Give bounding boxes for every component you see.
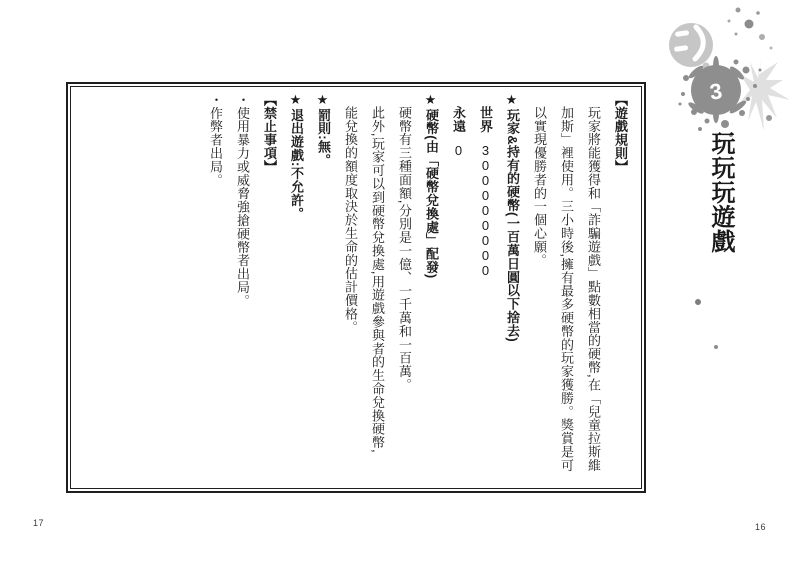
rules-box: 【遊戲規則】 玩家將能獲得和「詐騙遊戲」點數相當的硬幣,在「兒童拉斯維 加斯」裡… bbox=[66, 82, 646, 493]
prohibited-item: ・使用暴力或威脅強搶硬幣者出局。 bbox=[229, 93, 256, 487]
coins-held-item: ★玩家&持有的硬幣(一百萬日圓以下捨去) bbox=[499, 93, 526, 487]
penalty-item: ★罰則:無。 bbox=[310, 93, 337, 487]
rules-intro-line: 玩家將能獲得和「詐騙遊戲」點數相當的硬幣,在「兒童拉斯維 bbox=[580, 93, 607, 487]
chapter-title: 玩玩玩遊戲 bbox=[703, 131, 738, 254]
rules-intro-line: 加斯」裡使用。三小時後,擁有最多硬幣的玩家獲勝。獎賞是可 bbox=[553, 93, 580, 487]
rules-intro-line: 以實現優勝者的一個心願。 bbox=[526, 93, 553, 487]
book-spread: 【遊戲規則】 玩家將能獲得和「詐騙遊戲」點數相當的硬幣,在「兒童拉斯維 加斯」裡… bbox=[0, 0, 800, 567]
amount-forever-label: 永遠 bbox=[451, 106, 466, 133]
coin-detail-line: 此外,玩家可以到硬幣兌換處,用遊戲參與者的生命兌換硬幣, bbox=[364, 93, 391, 487]
prohibited-item: ・作弊者出局。 bbox=[202, 93, 229, 487]
coin-detail-line: 硬幣有三種面額,分別是一億、一千萬和一百萬。 bbox=[391, 93, 418, 487]
amount-world: 世界300000000 bbox=[472, 93, 499, 487]
coin-detail-line: 能兌換的額度取決於生命的估計價格。 bbox=[337, 93, 364, 487]
page-number-right: 16 bbox=[755, 522, 766, 532]
prohibited-header: 【禁止事項】 bbox=[256, 93, 283, 487]
rules-header: 【遊戲規則】 bbox=[607, 93, 634, 487]
page-number-left: 17 bbox=[33, 518, 44, 528]
amount-forever-value: 0 bbox=[451, 143, 466, 158]
amount-forever: 永遠0 bbox=[445, 93, 472, 487]
amount-world-label: 世界 bbox=[478, 106, 493, 133]
quit-game-item: ★退出遊戲:不允許。 bbox=[283, 93, 310, 487]
coin-item: ★硬幣(由「硬幣兌換處」配發) bbox=[418, 93, 445, 487]
amount-world-value: 300000000 bbox=[478, 143, 493, 278]
rules-text: 【遊戲規則】 玩家將能獲得和「詐騙遊戲」點數相當的硬幣,在「兒童拉斯維 加斯」裡… bbox=[202, 93, 634, 487]
